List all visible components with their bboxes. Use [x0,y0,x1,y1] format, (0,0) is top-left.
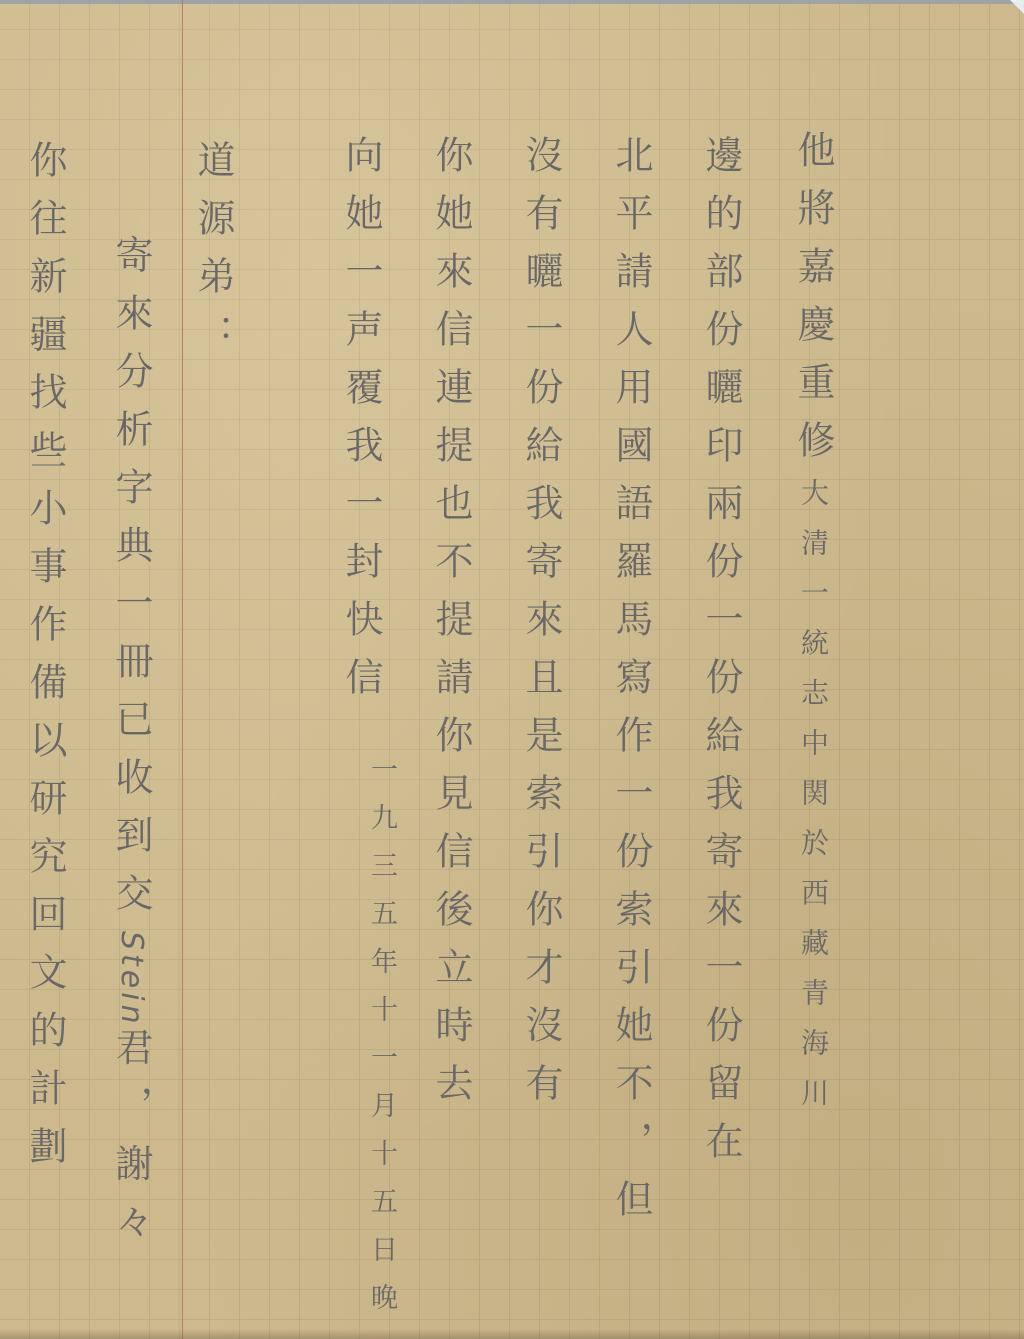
column-9-text: 你往新疆找些小事作備以研究回文的計劃 [23,140,67,1184]
column-8-text-b: 君，謝々 [109,1028,153,1260]
column-5-text: 你她來信連提也不提請你見信後立時去 [429,135,473,1121]
letter-column-8: 寄來分析字典一冊已收到交Stein君，謝々 [104,235,159,1260]
column-8-text-a: 寄來分析字典一冊已收到交 [109,235,153,931]
letter-date: 一九三五年十一月十五日晚 [362,755,401,1331]
column-6-text: 向她一声覆我一封快信 [339,135,383,715]
margin-rule-line [182,0,183,1339]
column-3-text: 北平請人用國語羅馬寫作一份索引她不，但 [609,135,653,1237]
letter-column-3: 北平請人用國語羅馬寫作一份索引她不，但 [604,135,659,1237]
scan-bottom-shadow [0,1329,1024,1339]
scan-top-edge [0,0,1024,4]
column-4-text: 沒有曬一份給我寄來且是索引你才沒有 [519,135,563,1121]
date-text: 一九三五年十一月十五日晚 [366,755,397,1331]
salutation: 道源弟： [186,140,241,372]
letter-column-9: 你往新疆找些小事作備以研究回文的計劃 [18,140,73,1184]
column-1-main: 他將嘉慶重修 [791,130,835,478]
salutation-text: 道源弟： [191,140,235,372]
column-1-note: 大清一統志中関於西藏青海川 [797,478,830,1128]
letter-column-1: 他將嘉慶重修大清一統志中関於西藏青海川 [786,130,841,1128]
letter-column-4: 沒有曬一份給我寄來且是索引你才沒有 [514,135,569,1121]
letter-column-6: 向她一声覆我一封快信 [334,135,389,715]
letter-page: 他將嘉慶重修大清一統志中関於西藏青海川 邊的部份曬印兩份一份給我寄來一份留在 北… [0,0,1024,1339]
column-2-text: 邊的部份曬印兩份一份給我寄來一份留在 [699,135,743,1179]
letter-column-2: 邊的部份曬印兩份一份給我寄來一份留在 [694,135,749,1179]
letter-column-5: 你她來信連提也不提請你見信後立時去 [424,135,479,1121]
paper-corner [1010,0,1024,14]
column-8-latin: Stein [114,931,149,1028]
